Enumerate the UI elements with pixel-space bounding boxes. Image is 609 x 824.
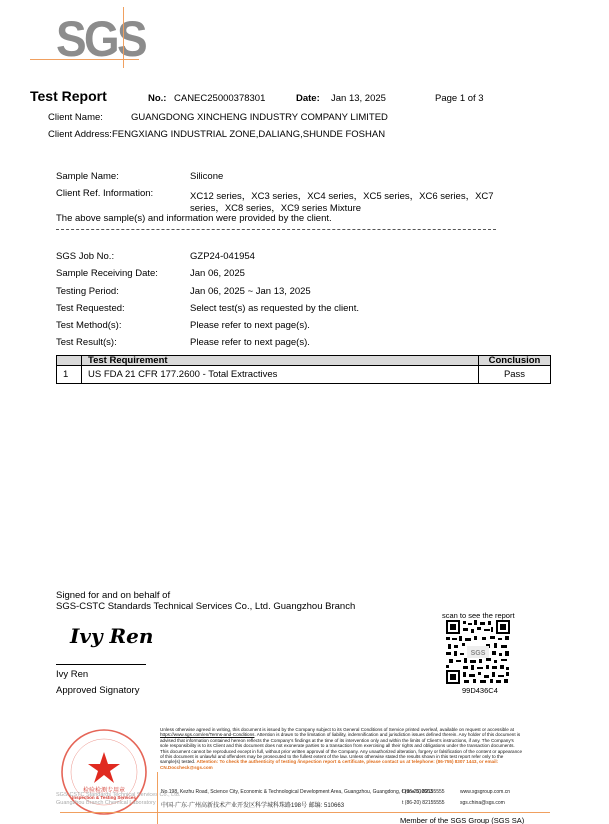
signatory-title: Approved Signatory: [56, 685, 139, 696]
client-address-value: FENGXIANG INDUSTRIAL ZONE,DALIANG,SHUNDE…: [112, 129, 385, 140]
page-indicator: Page 1 of 3: [435, 93, 484, 104]
provided-note: The above sample(s) and information were…: [56, 213, 332, 224]
job-no-value: GZP24-041954: [190, 251, 255, 262]
footer-accent-vline: [157, 772, 158, 824]
client-address-label: Client Address:: [48, 129, 112, 140]
client-name-value: GUANGDONG XINCHENG INDUSTRY COMPANY LIMI…: [131, 112, 388, 123]
job-no-label: SGS Job No.:: [56, 251, 114, 262]
authenticity-attention: Attention: To check the authenticity of …: [160, 759, 498, 769]
phone-2: t (86-20) 82155555: [402, 800, 445, 806]
col-no-header: [57, 356, 82, 366]
handwritten-signature: Ivy Ren: [70, 624, 153, 648]
report-date-label: Date:: [296, 93, 320, 104]
test-method-value: Please refer to next page(s).: [190, 320, 310, 331]
test-result-value: Please refer to next page(s).: [190, 337, 310, 348]
address-cn: 中国·广东·广州高新技术产业开发区科学城科珠路198号 邮编: 510663: [161, 800, 344, 809]
report-date-value: Jan 13, 2025: [331, 93, 386, 104]
receiving-date-value: Jan 06, 2025: [190, 268, 245, 279]
email-link[interactable]: sgs.china@sgs.com: [460, 800, 505, 806]
website-link[interactable]: www.sgsgroup.com.cn: [460, 789, 510, 795]
client-ref-value-line2: series，XC8 series，XC9 series Mixture: [190, 200, 361, 214]
test-requested-value: Select test(s) as requested by the clien…: [190, 303, 359, 314]
col-requirement-header: Test Requirement: [82, 356, 479, 366]
report-title: Test Report: [30, 88, 107, 104]
phone-1: t (86-20) 82155555: [402, 789, 445, 795]
table-row: 1 US FDA 21 CFR 177.2600 - Total Extract…: [57, 366, 551, 384]
row-no: 1: [57, 366, 82, 384]
results-table: Test Requirement Conclusion 1 US FDA 21 …: [56, 355, 551, 384]
signed-for-text: Signed for and on behalf of: [56, 590, 170, 601]
address-en: No.198, Kezhu Road, Science City, Econom…: [161, 789, 433, 795]
receiving-date-label: Sample Receiving Date:: [56, 268, 158, 279]
col-conclusion-header: Conclusion: [479, 356, 551, 366]
member-text: Member of the SGS Group (SGS SA): [400, 816, 524, 824]
lab-name-line2: Guangzhou Branch Chemical Laboratory: [56, 800, 156, 806]
test-result-label: Test Result(s):: [56, 337, 117, 348]
signing-company: SGS-CSTC Standards Technical Services Co…: [56, 601, 355, 612]
table-header-row: Test Requirement Conclusion: [57, 356, 551, 366]
test-method-label: Test Method(s):: [56, 320, 121, 331]
row-requirement: US FDA 21 CFR 177.2600 - Total Extractiv…: [82, 366, 479, 384]
row-conclusion: Pass: [479, 366, 551, 384]
client-name-label: Client Name:: [48, 112, 103, 123]
footer-accent-line: [60, 812, 550, 813]
sample-name-label: Sample Name:: [56, 171, 119, 182]
signature-line: [56, 664, 146, 665]
report-no-value: CANEC25000378301: [174, 93, 265, 104]
report-no-label: No.:: [148, 93, 166, 104]
terms-link[interactable]: https://www.sgs.com/en/Terms-and-Conditi…: [160, 732, 254, 737]
section-divider: [56, 229, 496, 230]
svg-text:SGS: SGS: [471, 650, 486, 657]
legal-text-1: Unless otherwise agreed in writing, this…: [160, 727, 514, 732]
testing-period-value: Jan 06, 2025 ~ Jan 13, 2025: [190, 286, 311, 297]
legal-disclaimer: Unless otherwise agreed in writing, this…: [160, 727, 522, 770]
qr-caption: scan to see the report: [442, 611, 515, 620]
qr-code-icon[interactable]: SGS: [446, 620, 510, 684]
testing-period-label: Testing Period:: [56, 286, 119, 297]
test-requested-label: Test Requested:: [56, 303, 125, 314]
sample-name-value: Silicone: [190, 171, 223, 182]
client-ref-label: Client Ref. Information:: [56, 188, 153, 199]
logo-accent-vline: [123, 7, 124, 68]
sgs-logo: SGS: [56, 14, 145, 64]
signatory-name: Ivy Ren: [56, 669, 88, 680]
qr-code-id: 99D436C4: [462, 686, 498, 695]
